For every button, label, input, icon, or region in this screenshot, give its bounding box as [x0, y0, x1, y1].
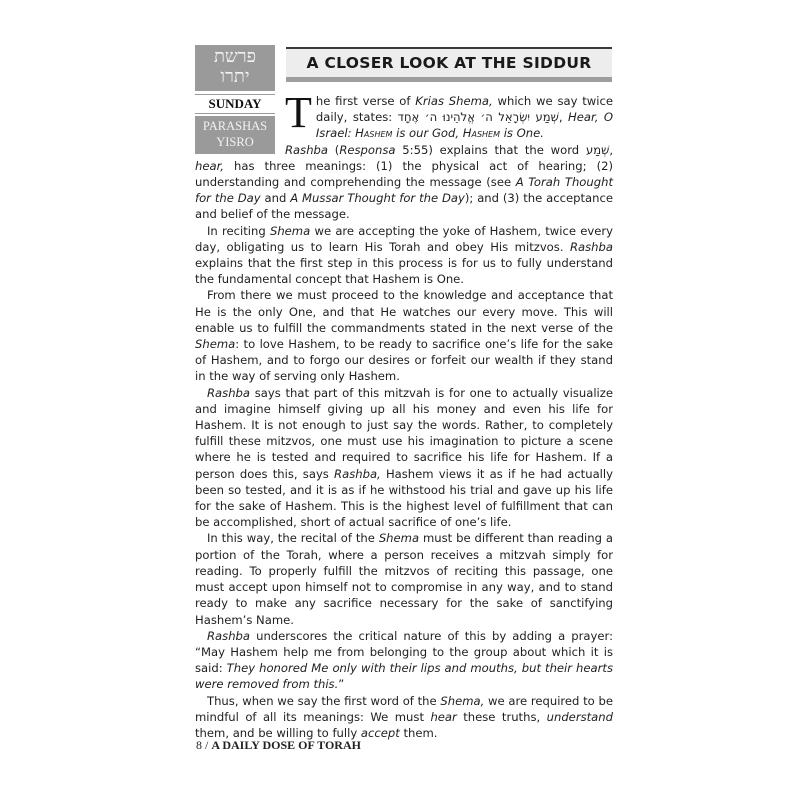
paragraph-5: Rashba says that part of this mitzvah is… — [195, 385, 613, 531]
footer-separator: / — [202, 738, 211, 752]
paragraph-6: In this way, the recital of the Shema mu… — [195, 530, 613, 627]
article-body: The first verse of Krias Shema, which we… — [195, 93, 613, 741]
book-title: A DAILY DOSE OF TORAH — [211, 738, 361, 752]
page-footer: 8 / A DAILY DOSE OF TORAH — [196, 738, 361, 753]
drop-cap: T — [285, 95, 312, 131]
paragraph-8: Thus, when we say the first word of the … — [195, 693, 613, 742]
header-bottom-rule — [286, 77, 612, 82]
paragraph-4: From there we must proceed to the knowle… — [195, 287, 613, 384]
parasha-hebrew-line2: יתרו — [195, 67, 275, 87]
section-header: A CLOSER LOOK AT THE SIDDUR — [286, 47, 612, 82]
paragraph-1: The first verse of Krias Shema, which we… — [285, 93, 613, 142]
paragraph-3: In reciting Shema we are accepting the y… — [195, 223, 613, 288]
parasha-hebrew-box: פרשת יתרו — [195, 45, 275, 91]
hebrew-verse: שְׁמַע יִשְׂרָאֵל ה׳ אֱלֹהֵינוּ ה׳ אֶחָד — [398, 110, 559, 124]
parasha-hebrew-line1: פרשת — [195, 47, 275, 67]
section-title: A CLOSER LOOK AT THE SIDDUR — [286, 49, 612, 77]
hebrew-word: שְׁמַע — [586, 143, 609, 157]
paragraph-7: Rashba underscores the critical nature o… — [195, 628, 613, 693]
paragraph-2: Rashba (Responsa 5:55) explains that the… — [195, 142, 613, 223]
